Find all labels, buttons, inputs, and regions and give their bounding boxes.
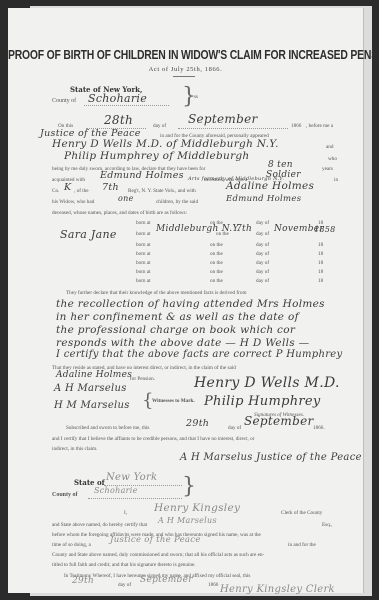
ss-label: ss: [194, 94, 198, 100]
witness1-signature: A H Marselus: [54, 383, 127, 394]
born-at-label: born at: [136, 251, 151, 257]
day-of-label: day of: [256, 231, 269, 237]
knowledge-line-2: in her confinement & as well as the date…: [56, 311, 299, 323]
witnesses-label: Witnesses to Mark.: [152, 398, 195, 404]
knowledge-line-5: I certify that the above facts are corre…: [56, 349, 342, 360]
affidavit-year: 1866: [291, 123, 301, 129]
affiant2-signature: Philip Humphrey: [204, 394, 321, 409]
before-me-label: , before me a: [306, 123, 333, 129]
deceased-name: Edmund Holmes: [226, 194, 301, 204]
child-year: 18: [318, 269, 323, 275]
clerk-faith-text: titled to full faith and credit; and tha…: [52, 562, 196, 568]
brace-icon: }: [182, 474, 196, 499]
child-year: 1858: [314, 225, 336, 234]
day-of-label: day of: [256, 251, 269, 257]
knowledge-intro: They further declare that their knowledg…: [66, 290, 246, 296]
knowledge-line-4: responds with the above date — H D Wells…: [56, 337, 309, 349]
child-year: 18: [318, 251, 323, 257]
jurat-claim-text: indirect, in this claim.: [52, 446, 97, 452]
clerk-of-label: Clerk of the County: [281, 510, 322, 516]
clerk-time-text: time of so doing, a: [52, 542, 91, 548]
in-and-for-label: in and for the: [288, 542, 316, 548]
of-the-label: , of the: [74, 188, 89, 194]
born-at-label: born at: [136, 269, 151, 275]
affiant1-signature: Henry D Wells M.D.: [194, 375, 340, 391]
jurat-text: Subscribed and sworn to before me, this: [66, 425, 149, 431]
on-the-label: on the: [210, 242, 223, 248]
who-label: who: [328, 156, 337, 162]
co-label: Co.: [52, 188, 59, 194]
child-year: 18: [318, 260, 323, 266]
clerk-commissioned-text: County and State above named, duly commi…: [52, 552, 264, 558]
affiant2-name: Philip Humphrey of Middleburgh: [64, 150, 249, 162]
and-label: and: [326, 144, 334, 150]
clerk-i-label: I,: [124, 510, 127, 516]
years-label: years: [322, 166, 333, 172]
clerk-county-value: Schoharie: [94, 486, 138, 495]
clerk-day-of: day of: [118, 582, 131, 588]
county-line: [84, 105, 169, 106]
born-at-label: born at: [136, 278, 151, 284]
clerk-signature: Henry Kingsley Clerk: [220, 584, 335, 595]
child-name: Sara Jane: [60, 228, 117, 241]
born-at-label: born at: [136, 260, 151, 266]
born-at-label: born at: [136, 242, 151, 248]
clerk-name: Henry Kingsley: [154, 502, 240, 514]
children-text: children, by the said: [156, 199, 198, 205]
jurat-day: 29th: [186, 418, 209, 429]
child-year: 18: [318, 242, 323, 248]
form-title: PROOF OF BIRTH OF CHILDREN IN WIDOW'S CL…: [8, 49, 363, 63]
county-value: Schoharie: [88, 92, 147, 105]
child-day: 7th: [236, 224, 252, 234]
title-divider: [173, 76, 195, 77]
county-label: County of: [52, 98, 76, 104]
regiment-value: 7th: [102, 182, 119, 193]
jurat-certify-text: and I certify that I believe the affiant…: [52, 436, 254, 442]
clerk-county-label: County of: [52, 492, 78, 498]
esq-label: Esq.,: [322, 522, 332, 528]
jurat-year: 1866.: [313, 425, 325, 431]
deceased-text: deceased, whose names, places, and dates…: [52, 210, 187, 216]
officer-name: A H Marselus: [158, 516, 217, 525]
affiant1-name: Henry D Wells M.D. of Middleburgh N.Y.: [52, 138, 279, 150]
child-year: 18: [318, 278, 323, 284]
born-at-label: born at: [136, 231, 151, 237]
jurat-day-of: day of: [228, 425, 241, 431]
justice-signature: A H Marselus Justice of the Peace: [180, 452, 362, 463]
clerk-certify-text: and State above named, do hereby certify…: [52, 522, 147, 528]
on-the-label: on the: [210, 278, 223, 284]
day-of-label: day of: [153, 123, 166, 129]
years-value: 8 ten: [268, 160, 293, 170]
clerk-county-line: [88, 498, 182, 499]
co-value: K: [64, 182, 71, 193]
claimant-name: Adaline Holmes: [56, 370, 132, 380]
on-the-label: on the: [210, 260, 223, 266]
day-of-label: day of: [256, 220, 269, 226]
on-the-label: on the: [210, 269, 223, 275]
day-of-label: day of: [256, 269, 269, 275]
day-of-label: day of: [256, 260, 269, 266]
on-the-label: on the: [216, 231, 229, 237]
month-line: [178, 128, 288, 129]
clerk-day: 29th: [72, 576, 94, 586]
clerk-year: 1866: [208, 582, 218, 588]
affidavit-day: 28th: [104, 113, 133, 127]
clerk-state-value: New York: [106, 472, 157, 483]
clerk-office-value: Justice of the Peace: [110, 535, 201, 545]
born-at-label: born at: [136, 220, 151, 226]
jurat-month: September: [244, 414, 314, 428]
children-count: one: [118, 194, 134, 203]
on-the-label: on the: [210, 251, 223, 257]
soldier-name: Edmund Holmes: [100, 170, 184, 181]
in-label: in: [334, 177, 338, 183]
knowledge-line-3: the professional charge on book which co…: [56, 324, 295, 336]
pension-form-page: PROOF OF BIRTH OF CHILDREN IN WIDOW'S CL…: [8, 8, 363, 593]
knowledge-line-1: the recollection of having attended Mrs …: [56, 298, 325, 310]
witness2-signature: H M Marselus: [54, 400, 130, 411]
day-of-label: day of: [256, 278, 269, 284]
widow-annotation: Arts formerly of Middleburgh N.Y.: [188, 176, 284, 182]
regiment-text: Reg't, N. Y. State Vols., and with: [128, 188, 196, 194]
clerk-month: September: [140, 575, 193, 585]
his-widow-label: his Widow, who had: [52, 199, 94, 205]
form-subtitle: Act of July 25th, 1866.: [8, 66, 363, 73]
affidavit-month: September: [188, 112, 258, 126]
for-pension-label: for Pension.: [130, 376, 155, 382]
day-of-label: day of: [256, 242, 269, 248]
